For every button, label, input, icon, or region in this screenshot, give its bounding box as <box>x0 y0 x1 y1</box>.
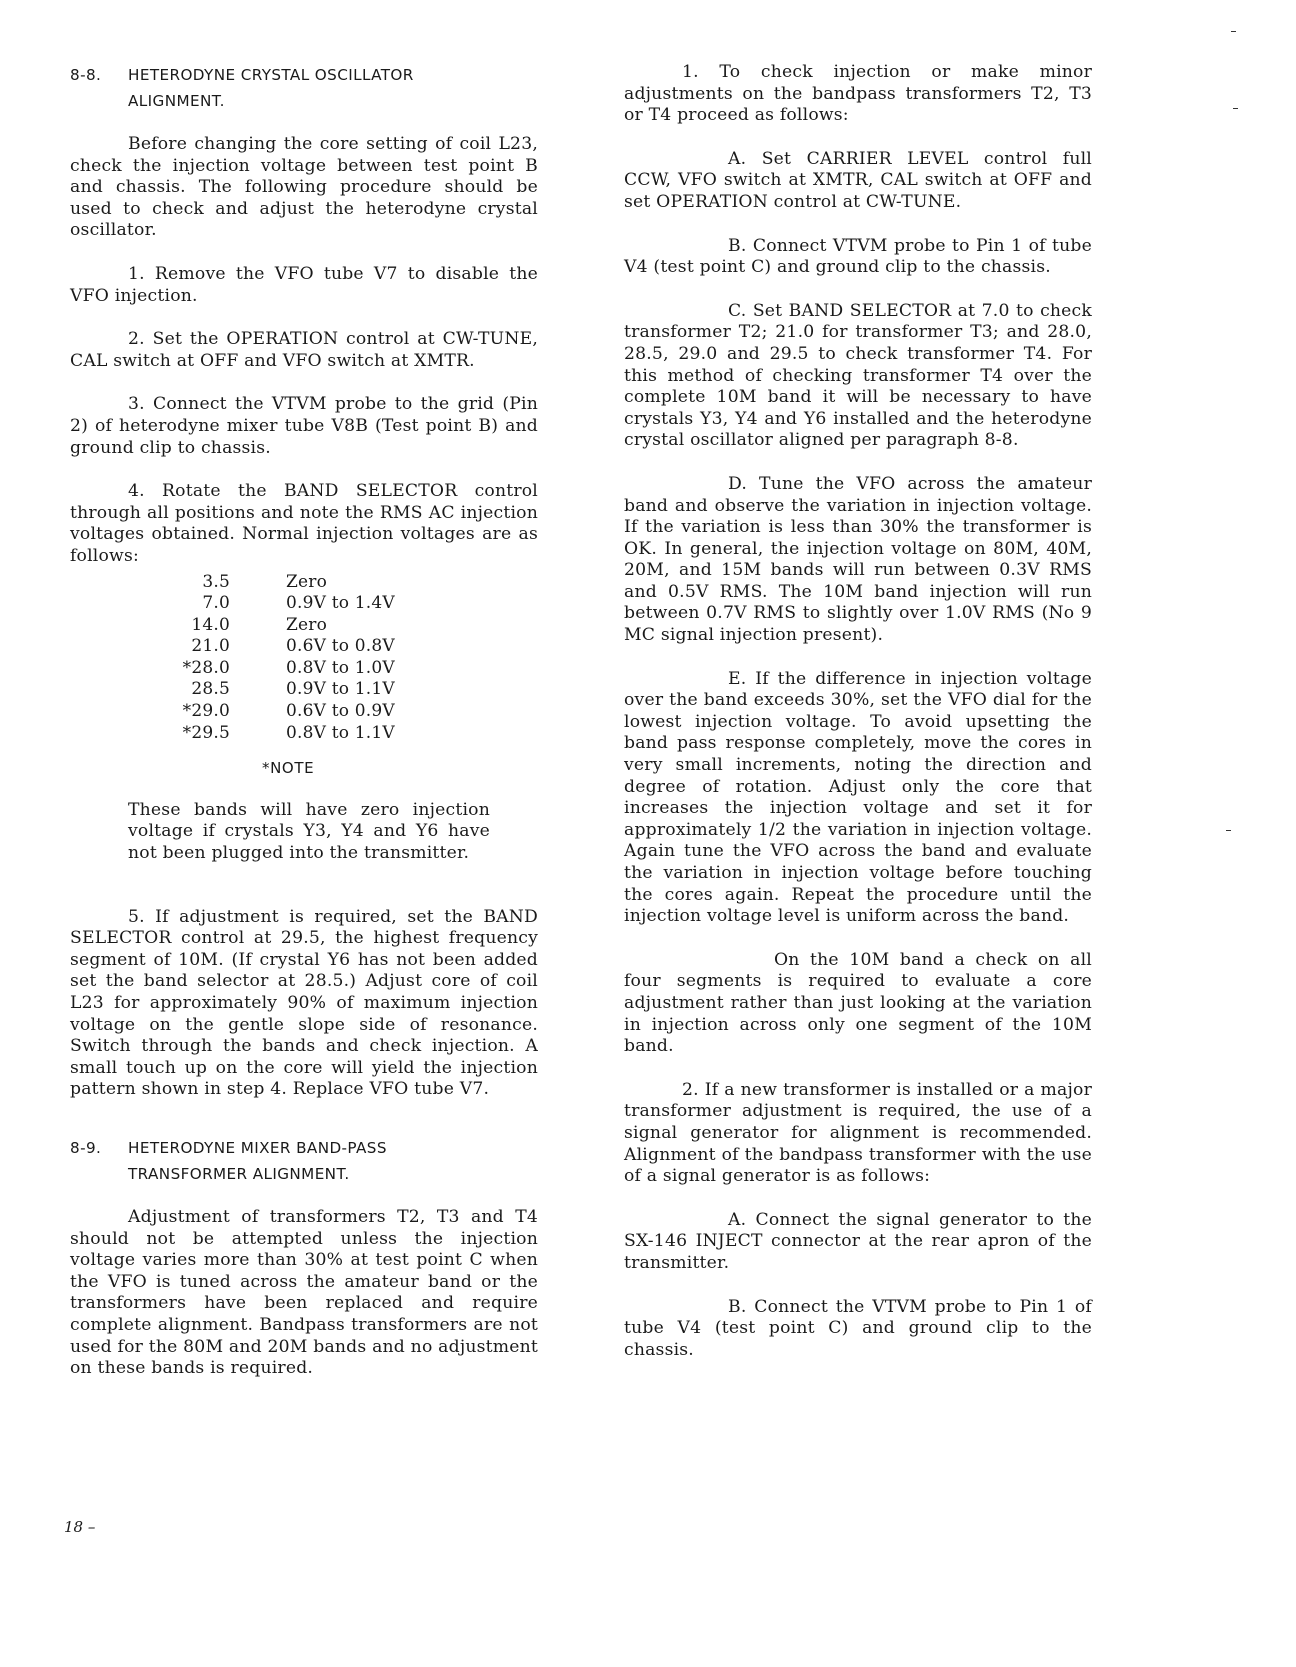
table-row: 7.00.9V to 1.4V <box>70 593 538 615</box>
voltage-cell: 0.9V to 1.4V <box>286 593 395 615</box>
substep-1b: B. Connect VTVM probe to Pin 1 of tube V… <box>624 236 1092 279</box>
substep-1a: A. Set CARRIER LEVEL control full CCW, V… <box>624 149 1092 214</box>
substep-2a: A. Connect the signal generator to the S… <box>624 1210 1092 1275</box>
band-cell: 3.5 <box>70 572 230 594</box>
voltage-cell: 0.9V to 1.1V <box>286 679 395 701</box>
substep-1c: C. Set BAND SELECTOR at 7.0 to check tra… <box>624 301 1092 452</box>
voltage-cell: Zero <box>286 615 327 637</box>
substep-1d: D. Tune the VFO across the amateur band … <box>624 474 1092 647</box>
table-row: *29.50.8V to 1.1V <box>70 723 538 745</box>
section-number: 8-9. <box>70 1135 128 1187</box>
voltage-cell: 0.6V to 0.9V <box>286 701 395 723</box>
section-number: 8-8. <box>70 62 128 114</box>
table-row: 28.50.9V to 1.1V <box>70 679 538 701</box>
section-title-line2: TRANSFORMER ALIGNMENT. <box>128 1165 350 1183</box>
step-4: 4. Rotate the BAND SELECTOR control thro… <box>70 481 538 567</box>
step-1: 1. Remove the VFO tube V7 to disable the… <box>70 264 538 307</box>
section-title-line1: HETERODYNE MIXER BAND-PASS <box>128 1139 387 1157</box>
note-text: These bands will have zero injection vol… <box>70 800 490 865</box>
section-title-line1: HETERODYNE CRYSTAL OSCILLATOR <box>128 66 414 84</box>
step-2: 2. Set the OPERATION control at CW-TUNE,… <box>70 329 538 372</box>
section-heading-8-9: 8-9. HETERODYNE MIXER BAND-PASS TRANSFOR… <box>70 1135 538 1187</box>
step-3: 3. Connect the VTVM probe to the grid (P… <box>70 394 538 459</box>
table-row: *28.00.8V to 1.0V <box>70 658 538 680</box>
left-column: 8-8. HETERODYNE CRYSTAL OSCILLATOR ALIGN… <box>70 62 538 1402</box>
table-row: 21.00.6V to 0.8V <box>70 636 538 658</box>
band-cell: *28.0 <box>70 658 230 680</box>
step-5: 5. If adjustment is required, set the BA… <box>70 907 538 1101</box>
ten-meter-note: On the 10M band a check on all four segm… <box>624 950 1092 1058</box>
band-cell: 7.0 <box>70 593 230 615</box>
section-intro: Adjustment of transformers T2, T3 and T4… <box>70 1207 538 1380</box>
voltage-cell: Zero <box>286 572 327 594</box>
band-cell: *29.5 <box>70 723 230 745</box>
voltage-cell: 0.6V to 0.8V <box>286 636 395 658</box>
substep-2b: B. Connect the VTVM probe to Pin 1 of tu… <box>624 1297 1092 1362</box>
procedure-step-2: 2. If a new transformer is installed or … <box>624 1080 1092 1188</box>
scan-speck <box>1231 31 1236 32</box>
band-cell: *29.0 <box>70 701 230 723</box>
procedure-step-1: 1. To check injection or make minor adju… <box>624 62 1092 127</box>
section-intro: Before changing the core setting of coil… <box>70 134 538 242</box>
voltage-cell: 0.8V to 1.0V <box>286 658 395 680</box>
page-number: 18 – <box>64 1518 95 1536</box>
section-heading-8-8: 8-8. HETERODYNE CRYSTAL OSCILLATOR ALIGN… <box>70 62 538 114</box>
right-column: 1. To check injection or make minor adju… <box>624 62 1092 1383</box>
table-row: 3.5Zero <box>70 572 538 594</box>
substep-1e: E. If the difference in injection voltag… <box>624 669 1092 928</box>
section-title-line2: ALIGNMENT. <box>128 92 225 110</box>
scan-speck <box>1226 830 1231 831</box>
note-label: *NOTE <box>70 758 538 780</box>
band-cell: 28.5 <box>70 679 230 701</box>
injection-voltage-table: 3.5Zero7.00.9V to 1.4V14.0Zero21.00.6V t… <box>70 572 538 745</box>
voltage-cell: 0.8V to 1.1V <box>286 723 395 745</box>
table-row: *29.00.6V to 0.9V <box>70 701 538 723</box>
scan-speck <box>1233 108 1238 109</box>
band-cell: 21.0 <box>70 636 230 658</box>
table-row: 14.0Zero <box>70 615 538 637</box>
band-cell: 14.0 <box>70 615 230 637</box>
